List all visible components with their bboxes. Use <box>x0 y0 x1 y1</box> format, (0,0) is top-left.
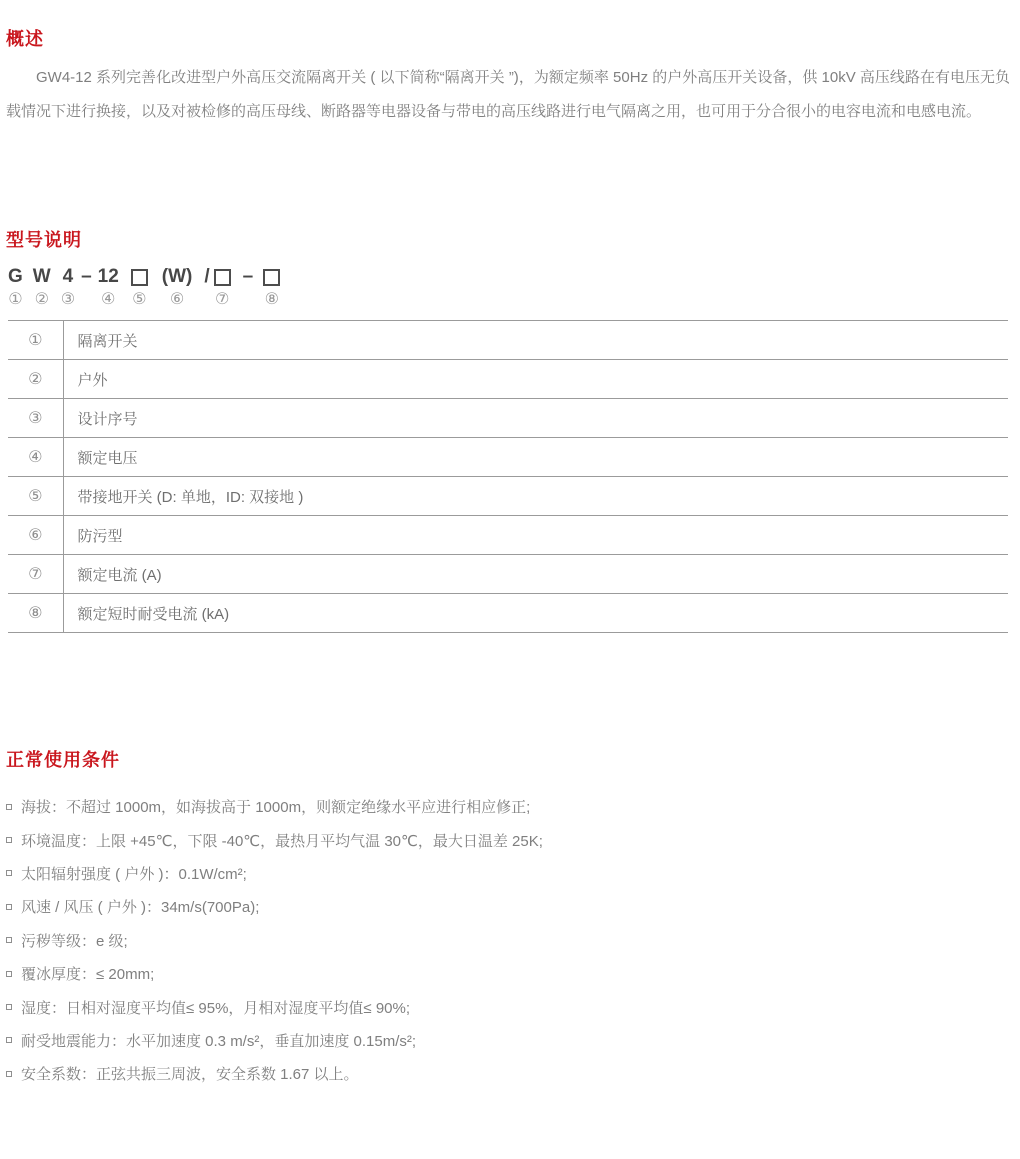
document-page: 概述 GW4-12 系列完善化改进型户外高压交流隔离开关 ( 以下简称“隔离开关… <box>0 0 1020 1091</box>
circle-1: ① <box>8 291 22 309</box>
code-token-slash: / <box>204 266 209 288</box>
code-col-box7: ⑦ <box>214 266 231 309</box>
code-token-g: G <box>8 266 23 288</box>
section-overview: 概述 GW4-12 系列完善化改进型户外高压交流隔离开关 ( 以下简称“隔离开关… <box>6 28 1010 129</box>
code-col-slash: / <box>204 266 209 288</box>
table-row: ① 隔离开关 <box>8 321 1008 360</box>
row-description: 防污型 <box>63 516 1008 555</box>
code-token-w: W <box>33 266 51 288</box>
table-row: ⑥ 防污型 <box>8 516 1008 555</box>
code-col-4: 4 ③ <box>61 266 75 309</box>
table-row: ② 户外 <box>8 360 1008 399</box>
circle-7: ⑦ <box>215 291 229 309</box>
list-item-text: 覆冰厚度：≤ 20mm; <box>21 963 154 984</box>
row-description: 设计序号 <box>63 399 1008 438</box>
list-item-text: 太阳辐射强度 ( 户外 )：0.1W/cm²; <box>21 863 247 884</box>
row-number: ⑤ <box>8 477 63 516</box>
overview-paragraph: GW4-12 系列完善化改进型户外高压交流隔离开关 ( 以下简称“隔离开关 ”)… <box>6 61 1010 129</box>
table-row: ④ 额定电压 <box>8 438 1008 477</box>
row-description: 额定电流 (A) <box>63 555 1008 594</box>
table-row: ⑤ 带接地开关 (D: 单地，ID: 双接地 ) <box>8 477 1008 516</box>
code-col-dash2: – <box>243 266 254 288</box>
list-item: 太阳辐射强度 ( 户外 )：0.1W/cm²; <box>6 857 1010 890</box>
code-token-4: 4 <box>63 266 74 288</box>
row-number: ⑧ <box>8 594 63 633</box>
square-bullet-icon <box>6 804 12 810</box>
row-number: ③ <box>8 399 63 438</box>
row-description: 额定电压 <box>63 438 1008 477</box>
row-description: 户外 <box>63 360 1008 399</box>
square-bullet-icon <box>6 937 12 943</box>
model-code-diagram: G ① W ② 4 ③ – 12 ④ ⑤ (W) <box>8 266 1010 309</box>
table-row: ③ 设计序号 <box>8 399 1008 438</box>
list-item: 风速 / 风压 ( 户外 )：34m/s(700Pa); <box>6 890 1010 923</box>
square-bullet-icon <box>6 837 12 843</box>
list-item-text: 污秽等级：e 级; <box>21 930 128 951</box>
code-col-box8: ⑧ <box>263 266 280 309</box>
list-item: 覆冰厚度：≤ 20mm; <box>6 957 1010 990</box>
row-description: 额定短时耐受电流 (kA) <box>63 594 1008 633</box>
list-item-text: 风速 / 风压 ( 户外 )：34m/s(700Pa); <box>21 896 259 917</box>
model-heading: 型号说明 <box>6 229 1010 251</box>
table-row: ⑦ 额定电流 (A) <box>8 555 1008 594</box>
conditions-list: 海拔：不超过 1000m，如海拔高于 1000m，则额定绝缘水平应进行相应修正;… <box>6 790 1010 1091</box>
overview-heading: 概述 <box>6 28 1010 50</box>
row-number: ⑦ <box>8 555 63 594</box>
code-token-dash: – <box>81 266 92 288</box>
list-item-text: 安全系数：正弦共振三周波，安全系数 1.67 以上。 <box>21 1063 359 1084</box>
circle-2: ② <box>35 291 49 309</box>
code-token-12: 12 <box>98 266 119 288</box>
circle-5: ⑤ <box>132 291 146 309</box>
code-token-pw: (W) <box>162 266 193 288</box>
list-item-text: 海拔：不超过 1000m，如海拔高于 1000m，则额定绝缘水平应进行相应修正; <box>21 796 530 817</box>
list-item: 耐受地震能力：水平加速度 0.3 m/s²，垂直加速度 0.15m/s²; <box>6 1024 1010 1057</box>
list-item: 海拔：不超过 1000m，如海拔高于 1000m，则额定绝缘水平应进行相应修正; <box>6 790 1010 823</box>
list-item: 环境温度：上限 +45℃，下限 -40℃，最热月平均气温 30℃，最大日温差 2… <box>6 823 1010 856</box>
model-table: ① 隔离开关 ② 户外 ③ 设计序号 ④ 额定电压 ⑤ 带接地开关 (D: <box>8 320 1008 633</box>
table-row: ⑧ 额定短时耐受电流 (kA) <box>8 594 1008 633</box>
square-bullet-icon <box>6 870 12 876</box>
section-conditions: 正常使用条件 海拔：不超过 1000m，如海拔高于 1000m，则额定绝缘水平应… <box>6 749 1010 1091</box>
row-description: 隔离开关 <box>63 321 1008 360</box>
placeholder-box-icon <box>214 269 231 286</box>
list-item: 湿度：日相对湿度平均值≤ 95%，月相对湿度平均值≤ 90%; <box>6 990 1010 1023</box>
list-item-text: 环境温度：上限 +45℃，下限 -40℃，最热月平均气温 30℃，最大日温差 2… <box>21 830 543 851</box>
circle-8: ⑧ <box>265 291 279 309</box>
square-bullet-icon <box>6 1004 12 1010</box>
row-number: ④ <box>8 438 63 477</box>
square-bullet-icon <box>6 1037 12 1043</box>
row-number: ① <box>8 321 63 360</box>
square-bullet-icon <box>6 971 12 977</box>
row-description: 带接地开关 (D: 单地，ID: 双接地 ) <box>63 477 1008 516</box>
circle-4: ④ <box>101 291 115 309</box>
row-number: ② <box>8 360 63 399</box>
placeholder-box-icon <box>131 269 148 286</box>
code-col-g: G ① <box>8 266 23 309</box>
placeholder-box-icon <box>263 269 280 286</box>
square-bullet-icon <box>6 1071 12 1077</box>
row-number: ⑥ <box>8 516 63 555</box>
square-bullet-icon <box>6 904 12 910</box>
list-item: 安全系数：正弦共振三周波，安全系数 1.67 以上。 <box>6 1057 1010 1090</box>
circle-6: ⑥ <box>170 291 184 309</box>
code-col-w: W ② <box>33 266 51 309</box>
section-model: 型号说明 G ① W ② 4 ③ – 12 ④ ⑤ <box>6 229 1010 633</box>
code-token-dash2: – <box>243 266 254 288</box>
code-col-12: 12 ④ <box>98 266 119 309</box>
circle-3: ③ <box>61 291 75 309</box>
code-col-pw: (W) ⑥ <box>162 266 193 309</box>
list-item-text: 湿度：日相对湿度平均值≤ 95%，月相对湿度平均值≤ 90%; <box>21 997 410 1018</box>
code-col-dash1: – <box>81 266 92 288</box>
conditions-heading: 正常使用条件 <box>6 749 1010 771</box>
list-item: 污秽等级：e 级; <box>6 924 1010 957</box>
code-col-box5: ⑤ <box>131 266 148 309</box>
list-item-text: 耐受地震能力：水平加速度 0.3 m/s²，垂直加速度 0.15m/s²; <box>21 1030 416 1051</box>
